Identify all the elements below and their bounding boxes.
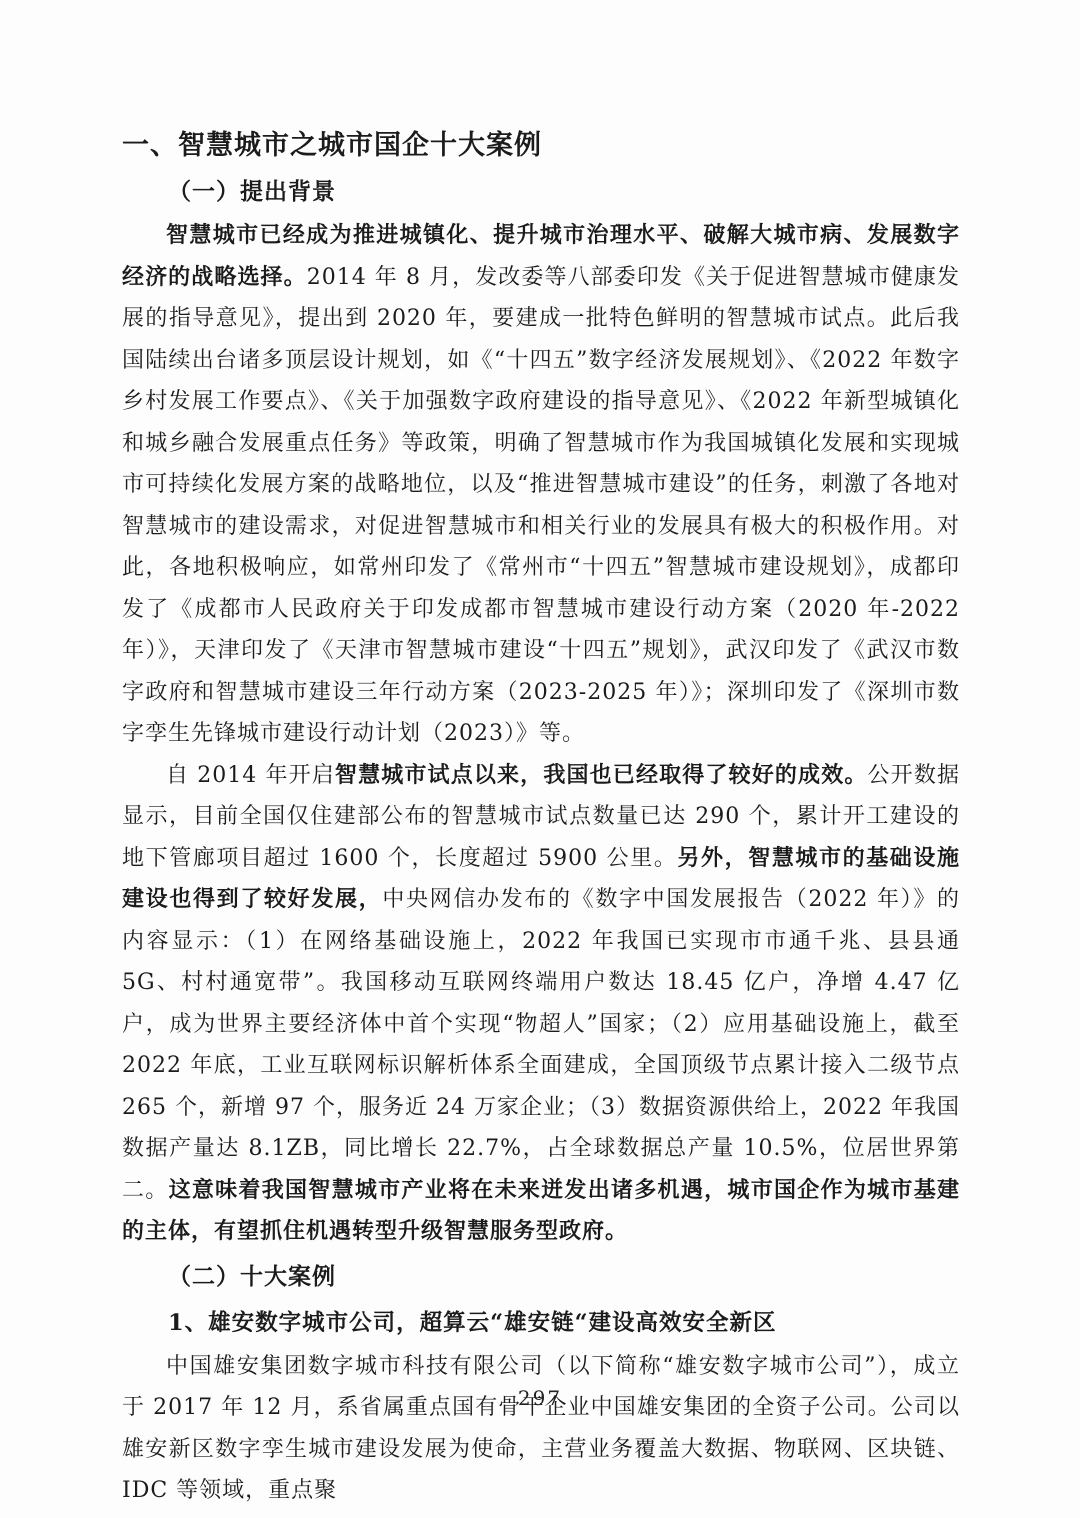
text-run: 中央网信办发布的《数字中国发展报告（2022 年）》的内容显示：（1）在网络基础…: [122, 887, 960, 1203]
document-page: 一、智慧城市之城市国企十大案例 （一）提出背景 智慧城市已经成为推进城镇化、提升…: [0, 0, 1080, 1518]
doc-title: 一、智慧城市之城市国企十大案例: [122, 124, 960, 168]
document-content: 一、智慧城市之城市国企十大案例 （一）提出背景 智慧城市已经成为推进城镇化、提升…: [122, 124, 960, 1512]
heading-ten-cases: （二）十大案例: [122, 1253, 960, 1300]
text-run: 中国雄安集团数字城市科技有限公司（以下简称“雄安数字城市公司”），成立于 201…: [122, 1354, 960, 1504]
paragraph-policy-background: 智慧城市已经成为推进城镇化、提升城市治理水平、破解大城市病、发展数字经济的战略选…: [122, 215, 960, 755]
bold-text-run: 这意味着我国智慧城市产业将在未来迸发出诸多机遇，城市国企作为城市基建的主体，有望…: [122, 1177, 960, 1245]
text-run: 自 2014 年开启: [166, 763, 335, 788]
text-run: 2014 年 8 月，发改委等八部委印发《关于促进智慧城市健康发展的指导意见》，…: [122, 265, 960, 747]
bold-text-run: 智慧城市试点以来，我国也已经取得了较好的成效。: [335, 762, 868, 788]
heading-background: （一）提出背景: [122, 168, 960, 215]
paragraph-achievements: 自 2014 年开启智慧城市试点以来，我国也已经取得了较好的成效。公开数据显示，…: [122, 755, 960, 1253]
page-number: 297: [0, 1386, 1080, 1410]
paragraph-xiongan-intro: 中国雄安集团数字城市科技有限公司（以下简称“雄安数字城市公司”），成立于 201…: [122, 1346, 960, 1512]
subheading-case-1-xiongan: 1、雄安数字城市公司，超算云“雄安链“建设高效安全新区: [122, 1300, 960, 1346]
